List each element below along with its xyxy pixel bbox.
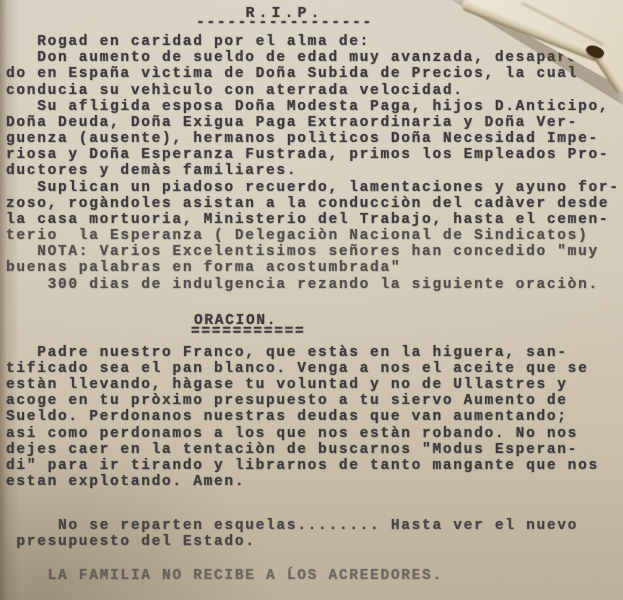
typed-line: Sueldo. Perdonanos nuestras deudas que v… <box>6 409 623 425</box>
typed-line: Doña Deuda, Doña Exigua Paga Extraordina… <box>6 115 623 131</box>
typed-line: tificado sea el pan blanco. Venga a nos … <box>6 361 623 377</box>
typed-line: Su afligida esposa Doña Modesta Paga, hi… <box>6 99 623 115</box>
oracion-heading-underline: =========== <box>191 328 623 337</box>
closing-statement: LA FAMILIA NO RECIBE A ĹOS ACREEDORES. <box>6 568 623 584</box>
typed-line: Don aumento de sueldo de edad muy avanza… <box>6 50 623 66</box>
typed-line: la casa mortuoria, Ministerio del Trabaj… <box>6 212 623 228</box>
typed-line: LA FAMILIA NO RECIBE A ĹOS ACREEDORES. <box>6 568 623 584</box>
typed-line: do en España vìctima de Doña Subida de P… <box>6 66 623 82</box>
typed-line: 300 dias de indulgencia rezando la sigui… <box>6 277 623 293</box>
typed-line: NOTA: Varios Excelentisimos señores han … <box>6 244 623 260</box>
typed-line: riosa y Doña Esperanza Fustrada, primos … <box>6 147 623 163</box>
typed-line: estan explotando. Amen. <box>6 474 623 490</box>
typed-line: presupuesto del Estado. <box>6 534 623 550</box>
typed-line: acoge en tu pròximo presupuesto a tu sie… <box>6 393 623 409</box>
typed-line: No se reparten esquelas........ Hasta ve… <box>6 518 623 534</box>
oracion-paragraph: Padre nuestro Franco, que estàs en la hi… <box>6 345 623 490</box>
typed-line: Suplican un piadoso recuerdo, lamentacio… <box>6 180 623 196</box>
typewritten-sheet: R.I.P. ----------------- Rogad en carida… <box>0 0 623 600</box>
typed-line: Padre nuestro Franco, que estàs en la hi… <box>6 345 623 361</box>
typed-line: conducia su vehìculo con aterrada veloci… <box>6 83 623 99</box>
typed-line: ductores y demàs familiares. <box>6 163 623 179</box>
document-photo: R.I.P. ----------------- Rogad en carida… <box>0 0 623 600</box>
typed-line: terio la Esperanza ( Delegaciòn Nacional… <box>6 228 623 244</box>
typed-line: estàn llevando, hàgase tu voluntad y no … <box>6 377 623 393</box>
typed-line: di" para ir tirando y librarnos de tanto… <box>6 458 623 474</box>
typed-line: guenza (ausente), hermanos polìticos Doñ… <box>6 131 623 147</box>
typed-line: dejes caer en la tentaciòn de buscarnos … <box>6 442 623 458</box>
typed-line: buenas palabras en forma acostumbrada" <box>6 260 623 276</box>
typed-line: zoso, rogàndoles asistan a la conducciòn… <box>6 196 623 212</box>
obituary-paragraphs: Rogad en caridad por el alma de: Don aum… <box>6 34 623 293</box>
esquelas-note: No se reparten esquelas........ Hasta ve… <box>6 518 623 550</box>
typed-line: asi como perdonamos a los que nos estàn … <box>6 426 623 442</box>
